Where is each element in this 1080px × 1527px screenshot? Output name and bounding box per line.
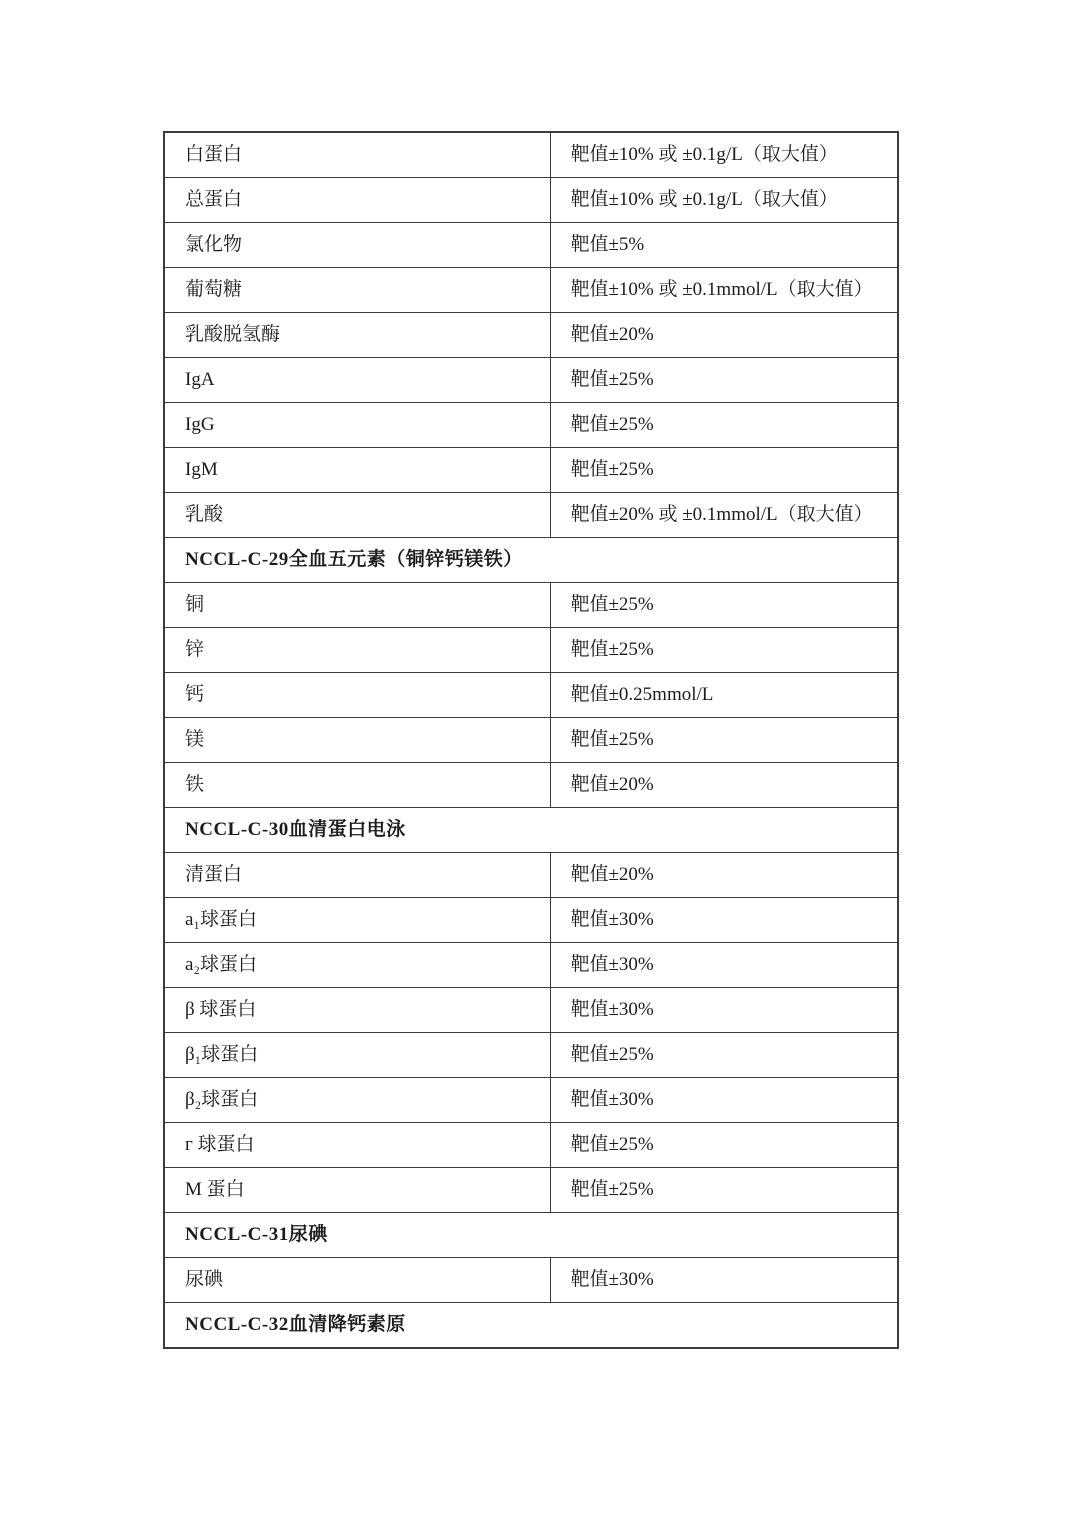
section-row: NCCL-C-32血清降钙素原: [164, 1303, 898, 1349]
value-cell: 靶值±20%: [550, 763, 898, 808]
value-cell: 靶值±30%: [550, 898, 898, 943]
value-cell: 靶值±25%: [550, 448, 898, 493]
item-cell: IgM: [164, 448, 550, 493]
item-cell: 乳酸脱氢酶: [164, 313, 550, 358]
value-cell: 靶值±25%: [550, 1033, 898, 1078]
item-cell: 钙: [164, 673, 550, 718]
table-row: 锌 靶值±25%: [164, 628, 898, 673]
table-row: 尿碘 靶值±30%: [164, 1258, 898, 1303]
table-row: IgM 靶值±25%: [164, 448, 898, 493]
table-row: β₂球蛋白 靶值±30%: [164, 1078, 898, 1123]
value-cell: 靶值±25%: [550, 403, 898, 448]
table-row: 乳酸脱氢酶 靶值±20%: [164, 313, 898, 358]
table-row: IgG 靶值±25%: [164, 403, 898, 448]
table-row: 钙 靶值±0.25mmol/L: [164, 673, 898, 718]
table-row: 葡萄糖 靶值±10% 或 ±0.1mmol/L（取大值）: [164, 268, 898, 313]
item-cell: 清蛋白: [164, 853, 550, 898]
value-cell: 靶值±20%: [550, 853, 898, 898]
item-cell: β₁球蛋白: [164, 1033, 550, 1078]
item-cell: 白蛋白: [164, 132, 550, 178]
table-row: M 蛋白 靶值±25%: [164, 1168, 898, 1213]
value-cell: 靶值±30%: [550, 1078, 898, 1123]
table-row: 铜 靶值±25%: [164, 583, 898, 628]
value-cell: 靶值±5%: [550, 223, 898, 268]
table-row: 氯化物 靶值±5%: [164, 223, 898, 268]
table-row: 总蛋白 靶值±10% 或 ±0.1g/L（取大值）: [164, 178, 898, 223]
value-cell: 靶值±20% 或 ±0.1mmol/L（取大值）: [550, 493, 898, 538]
table-row: β 球蛋白 靶值±30%: [164, 988, 898, 1033]
value-cell: 靶值±25%: [550, 358, 898, 403]
section-title: NCCL-C-31尿碘: [164, 1213, 898, 1258]
value-cell: 靶值±30%: [550, 943, 898, 988]
value-cell: 靶值±10% 或 ±0.1mmol/L（取大值）: [550, 268, 898, 313]
item-cell: β₂球蛋白: [164, 1078, 550, 1123]
section-row: NCCL-C-31尿碘: [164, 1213, 898, 1258]
value-cell: 靶值±25%: [550, 1168, 898, 1213]
value-cell: 靶值±10% 或 ±0.1g/L（取大值）: [550, 132, 898, 178]
tolerance-table: 白蛋白 靶值±10% 或 ±0.1g/L（取大值） 总蛋白 靶值±10% 或 ±…: [163, 131, 899, 1349]
item-cell: IgA: [164, 358, 550, 403]
document-page: 白蛋白 靶值±10% 或 ±0.1g/L（取大值） 总蛋白 靶值±10% 或 ±…: [0, 0, 1080, 1527]
item-cell: 乳酸: [164, 493, 550, 538]
item-cell: 锌: [164, 628, 550, 673]
section-row: NCCL-C-30血清蛋白电泳: [164, 808, 898, 853]
item-cell: a₁球蛋白: [164, 898, 550, 943]
value-cell: 靶值±25%: [550, 718, 898, 763]
table-row: 铁 靶值±20%: [164, 763, 898, 808]
table-row: 镁 靶值±25%: [164, 718, 898, 763]
item-cell: M 蛋白: [164, 1168, 550, 1213]
item-cell: a₂球蛋白: [164, 943, 550, 988]
value-cell: 靶值±25%: [550, 583, 898, 628]
item-cell: 氯化物: [164, 223, 550, 268]
table-row: 清蛋白 靶值±20%: [164, 853, 898, 898]
table-row: β₁球蛋白 靶值±25%: [164, 1033, 898, 1078]
item-cell: 总蛋白: [164, 178, 550, 223]
value-cell: 靶值±30%: [550, 988, 898, 1033]
item-cell: 镁: [164, 718, 550, 763]
item-cell: 铁: [164, 763, 550, 808]
value-cell: 靶值±25%: [550, 628, 898, 673]
value-cell: 靶值±20%: [550, 313, 898, 358]
value-cell: 靶值±0.25mmol/L: [550, 673, 898, 718]
item-cell: 葡萄糖: [164, 268, 550, 313]
section-title: NCCL-C-30血清蛋白电泳: [164, 808, 898, 853]
item-cell: г 球蛋白: [164, 1123, 550, 1168]
table-row: IgA 靶值±25%: [164, 358, 898, 403]
item-cell: 尿碘: [164, 1258, 550, 1303]
table-row: 乳酸 靶值±20% 或 ±0.1mmol/L（取大值）: [164, 493, 898, 538]
value-cell: 靶值±10% 或 ±0.1g/L（取大值）: [550, 178, 898, 223]
section-title: NCCL-C-29全血五元素（铜锌钙镁铁）: [164, 538, 898, 583]
value-cell: 靶值±25%: [550, 1123, 898, 1168]
value-cell: 靶值±30%: [550, 1258, 898, 1303]
item-cell: 铜: [164, 583, 550, 628]
table-row: a₁球蛋白 靶值±30%: [164, 898, 898, 943]
item-cell: β 球蛋白: [164, 988, 550, 1033]
table-row: a₂球蛋白 靶值±30%: [164, 943, 898, 988]
item-cell: IgG: [164, 403, 550, 448]
section-row: NCCL-C-29全血五元素（铜锌钙镁铁）: [164, 538, 898, 583]
section-title: NCCL-C-32血清降钙素原: [164, 1303, 898, 1349]
table-row: г 球蛋白 靶值±25%: [164, 1123, 898, 1168]
table-row: 白蛋白 靶值±10% 或 ±0.1g/L（取大值）: [164, 132, 898, 178]
